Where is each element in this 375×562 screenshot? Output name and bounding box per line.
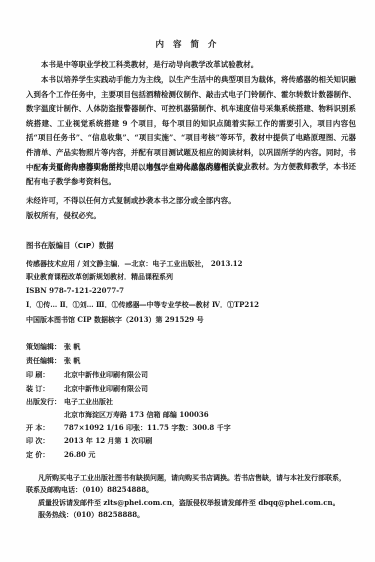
cip-line-series: 职业教育课程改革创新规划教材．精品课程系列 bbox=[26, 272, 173, 281]
credit-label: 定 价： bbox=[26, 450, 64, 459]
copyright-notice-1: 未经许可，不得以任何方式复制或抄袭本书之部分或全部内容。 bbox=[26, 194, 356, 209]
credit-value: 北京市海淀区万寿路 173 信箱 邮编 100036 bbox=[64, 410, 209, 419]
credit-binding: 装 订：北京中新伟业印刷有限公司 bbox=[26, 384, 148, 393]
credit-value: 787×1092 1/16 印张：11.75 字数：300.8 千字 bbox=[64, 423, 231, 432]
cip-line-record-number: 中国版本图书馆 CIP 数据核字（2013）第 291529 号 bbox=[26, 315, 204, 324]
credit-address: 北京市海淀区万寿路 173 信箱 邮编 100036 bbox=[26, 410, 209, 419]
copyright-notice-2: 版权所有，侵权必究。 bbox=[26, 209, 356, 224]
credit-label: 印 刷： bbox=[26, 370, 64, 379]
notice-defect: 凡所购买电子工业出版社图书有缺损问题，请向购买书店调换。若书店售缺，请与本社发行… bbox=[38, 473, 346, 482]
credit-price: 定 价：26.80 元 bbox=[26, 450, 95, 459]
credit-label: 责任编辑： bbox=[26, 356, 64, 365]
summary-title: 内 容 简 介 bbox=[0, 38, 375, 50]
cip-line-title: 传感器技术应用 / 刘文静主编．—北京：电子工业出版社， 2013.12 bbox=[26, 259, 243, 268]
credit-value: 北京中新伟业印刷有限公司 bbox=[64, 370, 148, 379]
credit-value: 张 帆 bbox=[64, 356, 80, 365]
notice-contact-phone: 联系及邮购电话：（010）88254888。 bbox=[26, 485, 153, 494]
summary-paragraph-3: 本书可作为中等职业学校电子、电气、自动化及仪表等相关专业教材。为方便教师教学，本… bbox=[26, 160, 356, 189]
summary-paragraph-1: 本书是中等职业学校工科类教材，是行动导向教学改革试验教材。 bbox=[26, 58, 356, 73]
credit-value: 北京中新伟业印刷有限公司 bbox=[64, 384, 148, 393]
credit-label: 策划编辑： bbox=[26, 342, 64, 351]
credit-label: 出版发行： bbox=[26, 397, 64, 406]
credit-value: 26.80 元 bbox=[64, 450, 95, 459]
credit-label: 装 订： bbox=[26, 384, 64, 393]
cip-heading: 图书在版编目（CIP）数据 bbox=[26, 240, 114, 251]
credit-format: 开 本：787×1092 1/16 印张：11.75 字数：300.8 千字 bbox=[26, 423, 231, 432]
credit-publisher: 出版发行：电子工业出版社 bbox=[26, 397, 113, 406]
credit-responsible-editor: 责任编辑：张 帆 bbox=[26, 356, 80, 365]
credit-value: 2013 年 12 月第 1 次印刷 bbox=[64, 436, 152, 445]
credit-label: 开 本： bbox=[26, 423, 64, 432]
cip-line-isbn: ISBN 978-7-121-22077-7 bbox=[26, 286, 124, 295]
copyright-page: 内 容 简 介 本书是中等职业学校工科类教材，是行动导向教学改革试验教材。 本书… bbox=[0, 0, 375, 562]
credit-planning-editor: 策划编辑：张 帆 bbox=[26, 342, 80, 351]
credit-value: 电子工业出版社 bbox=[64, 397, 113, 406]
credit-value: 张 帆 bbox=[64, 342, 80, 351]
cip-line-classification: Ⅰ．①传… Ⅱ．①刘… Ⅲ．①传感器—中等专业学校—教材 Ⅳ．①TP212 bbox=[26, 300, 259, 309]
credit-printing: 印 刷：北京中新伟业印刷有限公司 bbox=[26, 370, 148, 379]
credit-label: 印 次： bbox=[26, 436, 64, 445]
credit-edition: 印 次：2013 年 12 月第 1 次印刷 bbox=[26, 436, 152, 445]
notice-hotline: 服务热线：（010）88258888。 bbox=[38, 510, 144, 519]
notice-quality-email: 质量投诉请发邮件至 zlts@phei.com.cn，盗版侵权举报请发邮件至 d… bbox=[38, 498, 340, 507]
